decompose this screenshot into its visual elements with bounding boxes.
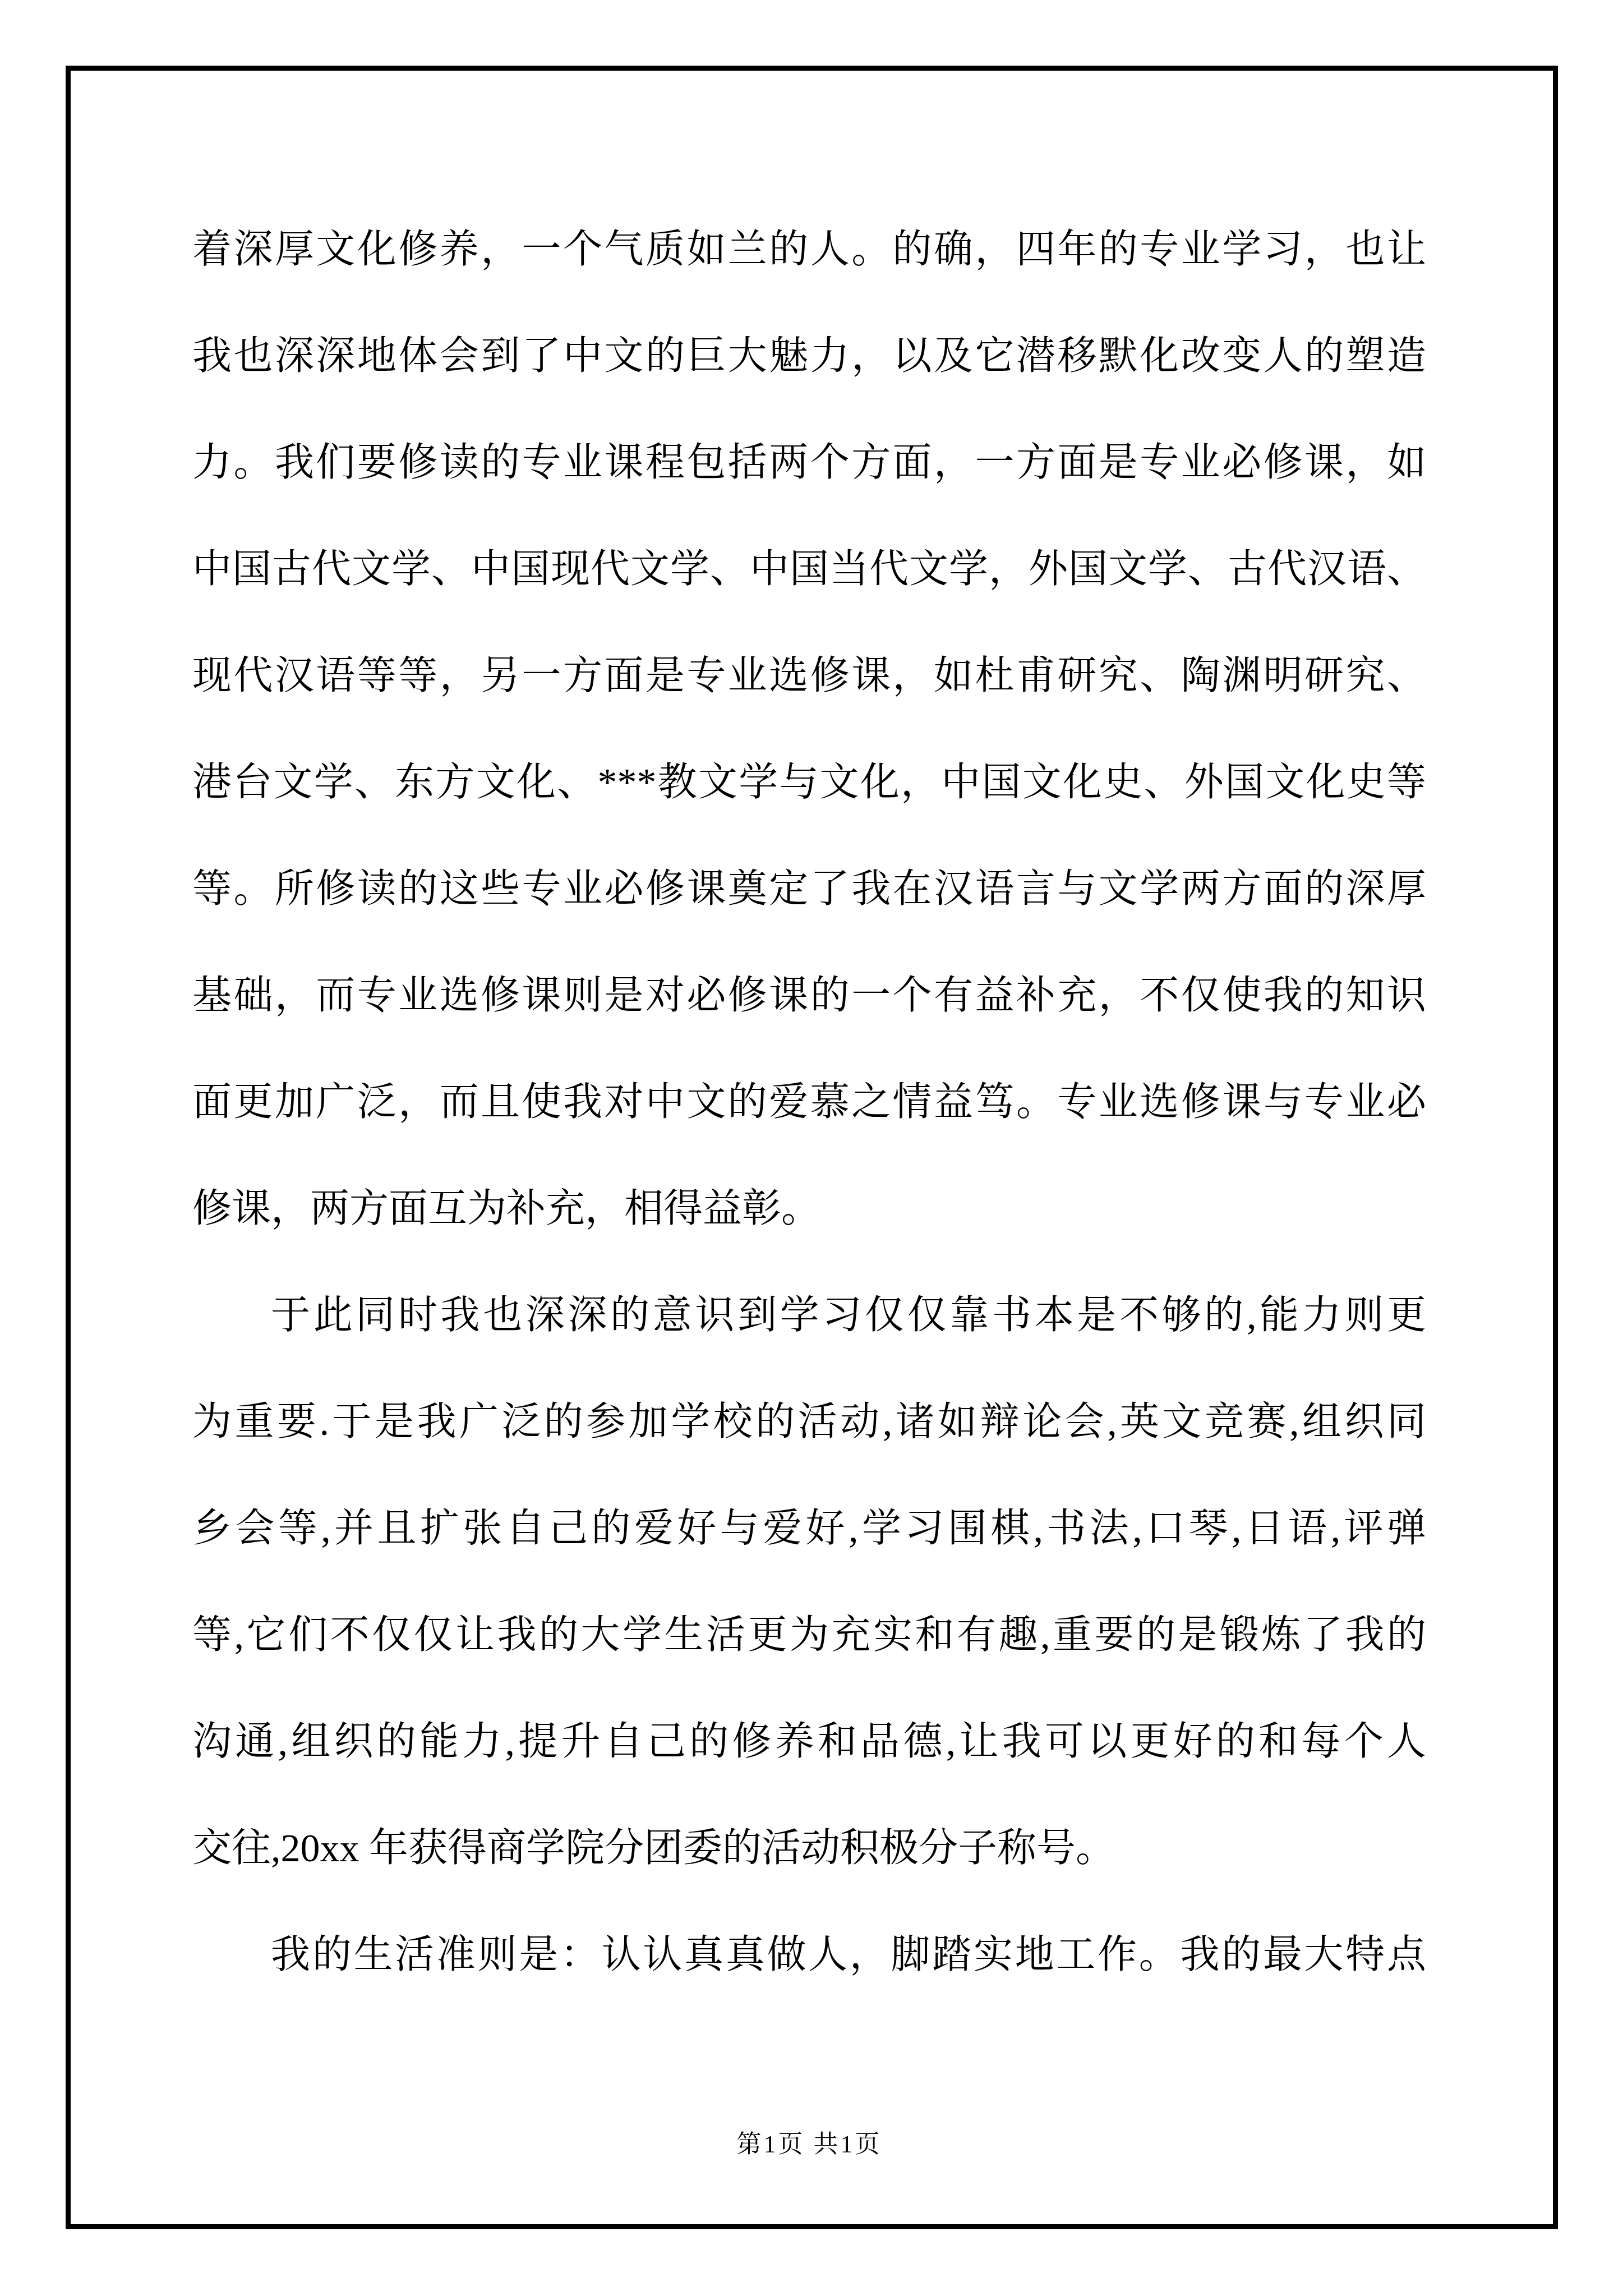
document-page: 着深厚文化修养，一个气质如兰的人。的确，四年的专业学习，也让 我也深深地体会到了… <box>0 0 1623 2296</box>
text-line: 港台文学、东方文化、***教文学与文化，中国文化史、外国文化史等 <box>192 730 1426 836</box>
text-line: 面更加广泛，而且使我对中文的爱慕之情益笃。专业选修课与专业必 <box>192 1050 1426 1156</box>
text-line: 等,它们不仅仅让我的大学生活更为充实和有趣,重要的是锻炼了我的 <box>192 1582 1426 1689</box>
text-line: 为重要.于是我广泛的参加学校的活动,诸如辩论会,英文竞赛,组织同 <box>192 1369 1426 1476</box>
text-line: 沟通,组织的能力,提升自己的修养和品德,让我可以更好的和每个人 <box>192 1689 1426 1796</box>
text-line: 交往,20xx 年获得商学院分团委的活动积极分子称号。 <box>192 1796 1426 1902</box>
text-line: 现代汉语等等，另一方面是专业选修课，如杜甫研究、陶渊明研究、 <box>192 623 1426 730</box>
page-footer: 第1页 共1页 <box>192 2118 1426 2171</box>
text-line: 基础，而专业选修课则是对必修课的一个有益补充，不仅使我的知识 <box>192 943 1426 1050</box>
text-line: 中国古代文学、中国现代文学、中国当代文学，外国文学、古代汉语、 <box>192 517 1426 623</box>
text-line: 着深厚文化修养，一个气质如兰的人。的确，四年的专业学习，也让 <box>192 197 1426 303</box>
text-line: 乡会等,并且扩张自己的爱好与爱好,学习围棋,书法,口琴,日语,评弹 <box>192 1476 1426 1582</box>
text-line: 我也深深地体会到了中文的巨大魅力，以及它潜移默化改变人的塑造 <box>192 303 1426 410</box>
text-line: 等。所修读的这些专业必修课奠定了我在汉语言与文学两方面的深厚 <box>192 836 1426 943</box>
text-line: 我的生活准则是：认认真真做人，脚踏实地工作。我的最大特点 <box>192 1902 1426 2009</box>
text-line: 于此同时我也深深的意识到学习仅仅靠书本是不够的,能力则更 <box>192 1263 1426 1369</box>
text-line: 修课，两方面互为补充，相得益彰。 <box>192 1156 1426 1263</box>
text-line: 力。我们要修读的专业课程包括两个方面，一方面是专业必修课，如 <box>192 410 1426 517</box>
page-number-text: 第1页 共1页 <box>737 2131 882 2158</box>
document-body: 着深厚文化修养，一个气质如兰的人。的确，四年的专业学习，也让 我也深深地体会到了… <box>192 197 1426 2009</box>
